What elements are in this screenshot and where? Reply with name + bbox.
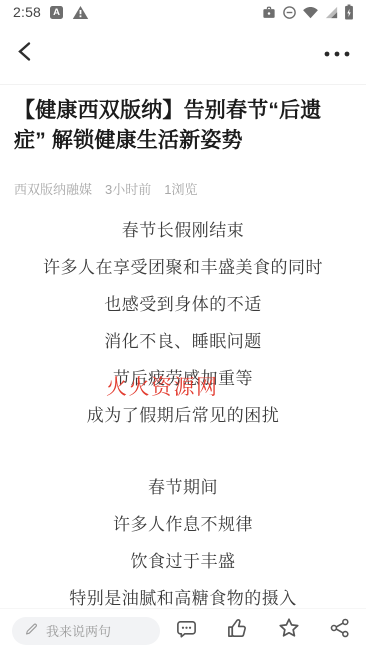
nav-bar <box>0 24 366 85</box>
body-line: 成为了假期后常见的困扰 <box>14 395 352 432</box>
bottom-bar-icons <box>174 619 352 643</box>
pencil-icon <box>24 622 39 640</box>
do-not-disturb-icon <box>282 5 297 20</box>
warning-icon <box>72 5 89 20</box>
body-line: 许多人作息不规律 <box>14 504 352 541</box>
star-icon <box>277 616 301 645</box>
status-bar: 2:58 A <box>0 0 366 24</box>
paragraph: 春节长假刚结束许多人在享受团聚和丰盛美食的同时也感受到身体的不适消化不良、睡眠问… <box>14 210 352 432</box>
body-line: 春节长假刚结束 <box>14 210 352 247</box>
article: 【健康西双版纳】告别春节“后遗 症” 解锁健康生活新姿势 西双版纳融媒 3小时前… <box>0 85 366 615</box>
thumbs-up-icon <box>226 617 249 645</box>
comment-input[interactable]: 我来说两句 <box>12 617 160 645</box>
more-menu-icon <box>323 45 351 63</box>
back-icon <box>15 41 34 67</box>
source-name[interactable]: 西双版纳融媒 <box>14 179 92 198</box>
body-line: 许多人在享受团聚和丰盛美食的同时 <box>14 247 352 284</box>
view-count: 1浏览 <box>164 179 197 198</box>
body-line: 春节期间 <box>14 467 352 504</box>
page-title: 【健康西双版纳】告别春节“后遗 症” 解锁健康生活新姿势 <box>14 96 352 156</box>
wifi-icon <box>302 5 319 19</box>
title-line-2: 症” 解锁健康生活新姿势 <box>14 126 352 156</box>
title-line-1: 【健康西双版纳】告别春节“后遗 <box>14 96 352 126</box>
body-line: 饮食过于丰盛 <box>14 541 352 578</box>
battery-charging-icon <box>344 4 354 20</box>
body-line: 节后疲劳感加重等 <box>14 358 352 395</box>
screen: 2:58 A <box>0 0 366 652</box>
article-body: 春节长假刚结束许多人在享受团聚和丰盛美食的同时也感受到身体的不适消化不良、睡眠问… <box>14 210 352 615</box>
status-bar-left: 2:58 A <box>13 4 89 20</box>
bottom-bar: 我来说两句 <box>0 608 366 652</box>
comment-placeholder: 我来说两句 <box>46 621 111 640</box>
share-icon <box>329 617 351 644</box>
like-button[interactable] <box>225 619 249 643</box>
favorite-button[interactable] <box>277 619 301 643</box>
status-time: 2:58 <box>13 4 41 20</box>
more-menu-button[interactable] <box>323 45 351 63</box>
paragraph: 春节期间许多人作息不规律饮食过于丰盛特别是油腻和高糖食物的摄入 <box>14 467 352 615</box>
article-meta: 西双版纳融媒 3小时前 1浏览 <box>14 179 352 198</box>
publish-time: 3小时前 <box>105 179 151 198</box>
work-profile-icon <box>261 5 277 20</box>
comment-button[interactable] <box>174 619 198 643</box>
cell-signal-icon <box>324 5 339 20</box>
status-bar-right <box>261 4 354 20</box>
body-line: 也感受到身体的不适 <box>14 284 352 321</box>
back-button[interactable] <box>15 41 34 67</box>
comment-icon <box>175 617 198 645</box>
a-badge-icon: A <box>50 6 63 19</box>
share-button[interactable] <box>328 619 352 643</box>
body-line: 消化不良、睡眠问题 <box>14 321 352 358</box>
